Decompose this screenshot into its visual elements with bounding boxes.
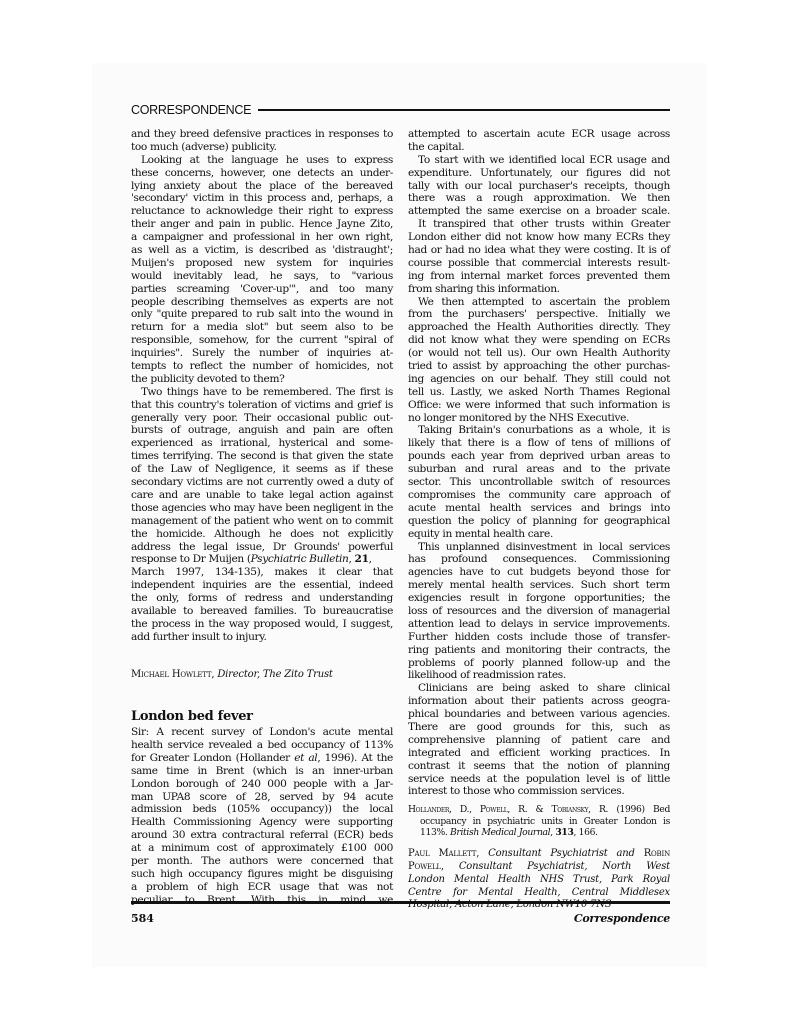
reference-line: occupancy in psychiatric units in Greate… <box>408 816 670 827</box>
text-line: It transpired that other trusts within G… <box>408 218 670 231</box>
text-line: London either did not know how many ECRs… <box>408 231 670 244</box>
text-line: pounds each year from deprived urban are… <box>408 450 670 463</box>
text-line: add further insult to injury. <box>131 631 393 644</box>
text-line: acute mental health services and brings … <box>408 502 670 515</box>
text-line: ing agencies on our behalf. They still c… <box>408 373 670 386</box>
text-line: exigencies result in forgone opportuniti… <box>408 592 670 605</box>
text-line: phical boundaries and between various ag… <box>408 708 670 721</box>
text-line: no longer monitored by the NHS Executive… <box>408 412 670 425</box>
text-line: as well as a victim, is described as 'di… <box>131 244 393 257</box>
text-line: bursts of outrage, anguish and pain are … <box>131 424 393 437</box>
text-line: inquiries". Surely the number of inquiri… <box>131 347 393 360</box>
text-line: loss of resources and the diversion of m… <box>408 605 670 618</box>
text-line: agencies have to cut budgets beyond thos… <box>408 566 670 579</box>
text-line: their anger and pain in public. Hence Ja… <box>131 218 393 231</box>
text-line: tell us. Lastly, we asked North Thames R… <box>408 386 670 399</box>
text-line: integrated and efficient working practic… <box>408 747 670 760</box>
journal-volume: 21 <box>355 553 369 565</box>
text-line: London borough of 240 000 people with a … <box>131 778 393 791</box>
text-line: 'secondary' victim in this process and, … <box>131 192 393 205</box>
text-line: the capital. <box>408 141 670 154</box>
text-line: Muijen's proposed new system for inquiri… <box>131 257 393 270</box>
signature-howlett: Michael Howlett, Director, The Zito Trus… <box>131 669 393 682</box>
text-line: Office: we were informed that such infor… <box>408 399 670 412</box>
text-line: experienced as irrational, hysterical an… <box>131 437 393 450</box>
text-line: approached the Health Authorities direct… <box>408 321 670 334</box>
text-line: likely that there is a flow of tens of m… <box>408 437 670 450</box>
text-line: the publicity devoted to them? <box>131 373 393 386</box>
text-line: interest to those who commission service… <box>408 785 670 798</box>
text-line: same time in Brent (which is an inner-ur… <box>131 765 393 778</box>
reference-line: 113%. British Medical Journal, 313, 166. <box>408 827 670 838</box>
text-line: comprehensive planning of patient care a… <box>408 734 670 747</box>
text-line: had or had no idea what they were costin… <box>408 244 670 257</box>
signature-line: Centre for Mental Health, Central Middle… <box>408 887 670 900</box>
signature-line: Powell, Consultant Psychiatrist, North W… <box>408 861 670 874</box>
footer-section: Correspondence <box>574 912 670 925</box>
reference-entry: Hollander, D., Powell, R. & Tobiansky, R… <box>408 804 670 815</box>
text-line: there was a rough approximation. We then <box>408 192 670 205</box>
text-line: parties screaming 'Cover-up'", and too m… <box>131 283 393 296</box>
text-line: (or would not tell us). Our own Health A… <box>408 347 670 360</box>
text-line: available to bereaved families. To burea… <box>131 605 393 618</box>
text-line: attempted to ascertain acute ECR usage a… <box>408 128 670 141</box>
text-line: ring patients and monitoring their contr… <box>408 644 670 657</box>
text-line: Two things have to be remembered. The fi… <box>131 386 393 399</box>
text-line: responsible, somehow, for the current "s… <box>131 334 393 347</box>
text-line: those agencies who may have been neglige… <box>131 502 393 515</box>
text-line: course possible that commercial interest… <box>408 257 670 270</box>
running-head-label: CORRESPONDENCE <box>131 103 251 117</box>
citation-line: response to Dr Muijen (Psychiatric Bulle… <box>131 553 393 566</box>
text-line: return for a media slot" but seem also t… <box>131 321 393 334</box>
text-line: ing from internal market forces prevente… <box>408 270 670 283</box>
journal-name: Psychiatric Bulletin <box>251 553 349 565</box>
text-line: generally very poor. Their occasional pu… <box>131 412 393 425</box>
text-line: would inevitably lead, he says, to "vari… <box>131 270 393 283</box>
text-line: service needs at the population level is… <box>408 773 670 786</box>
text-line: Looking at the language he uses to expre… <box>131 154 393 167</box>
text-line: only "quite prepared to rub salt into th… <box>131 308 393 321</box>
text-line: merely mental health services. Such shor… <box>408 579 670 592</box>
article-title: London bed fever <box>131 708 393 726</box>
text-line: There are good grounds for this, such as <box>408 721 670 734</box>
text-line: reluctance to acknowledge their right to… <box>131 205 393 218</box>
text-line: too much (adverse) publicity. <box>131 141 393 154</box>
text-line: attention lead to delays in service impr… <box>408 618 670 631</box>
text-line: the process in the way proposed would, I… <box>131 618 393 631</box>
text-line: question the policy of planning for geog… <box>408 515 670 528</box>
text-line: the only, forms of redress and understan… <box>131 592 393 605</box>
footer-rule <box>131 901 670 904</box>
text-line: sector. This uncontrollable switch of re… <box>408 476 670 489</box>
text-line: times terrifying. The second is that giv… <box>131 450 393 463</box>
text-line: To start with we identified local ECR us… <box>408 154 670 167</box>
text-line: compromises the community care approach … <box>408 489 670 502</box>
text-line: likelihood of readmission rates. <box>408 669 670 682</box>
right-column: attempted to ascertain acute ECR usage a… <box>408 128 670 912</box>
text-line: around 30 extra contractural referral (E… <box>131 829 393 842</box>
text-line: problems of poorly planned follow-up and… <box>408 657 670 670</box>
text-line: Health Commissioning Agency were support… <box>131 816 393 829</box>
text-line: from sharing this information. <box>408 283 670 296</box>
page-number: 584 <box>131 912 154 925</box>
signature-line: London Mental Health NHS Trust, Park Roy… <box>408 874 670 887</box>
text-line: address the legal issue, Dr Grounds' pow… <box>131 541 393 554</box>
text-line: the homicide. Although he does not expli… <box>131 528 393 541</box>
text-line: secondary victims are not currently owed… <box>131 476 393 489</box>
text-line: from the purchasers' perspective. Initia… <box>408 308 670 321</box>
text-line: care and are unable to take legal action… <box>131 489 393 502</box>
text-line: per month. The authors were concerned th… <box>131 855 393 868</box>
text-line: man UPA8 score of 28, served by 94 acute <box>131 791 393 804</box>
text-line: such high occupancy figures might be dis… <box>131 868 393 881</box>
text-line: March 1997, 134-135), makes it clear tha… <box>131 566 393 579</box>
text-line: at a minimum cost of approximately £100 … <box>131 842 393 855</box>
text-line: tried to assist by approaching the other… <box>408 360 670 373</box>
text-line: that this country's toleration of victim… <box>131 399 393 412</box>
running-head: CORRESPONDENCE <box>131 102 670 118</box>
text-line: Taking Britain's conurbations as a whole… <box>408 424 670 437</box>
text-line: lying anxiety about the place of the ber… <box>131 180 393 193</box>
text-line: has profound consequences. Commissioning <box>408 553 670 566</box>
left-column: and they breed defensive practices in re… <box>131 128 393 907</box>
text-line: a problem of high ECR usage that was not <box>131 881 393 894</box>
text-line: information about their patients across … <box>408 695 670 708</box>
text-line: these concerns, however, one detects an … <box>131 167 393 180</box>
text-line: Sir: A recent survey of London's acute m… <box>131 726 393 739</box>
text-line: equity in mental health care. <box>408 528 670 541</box>
text-line: attempted the same exercise on a broader… <box>408 205 670 218</box>
text-line: management of the patient who went on to… <box>131 515 393 528</box>
text-line: independent inquiries are the essential,… <box>131 579 393 592</box>
text-line: Further hidden costs include those of tr… <box>408 631 670 644</box>
text-line: did not know what they were spending on … <box>408 334 670 347</box>
text-line: This unplanned disinvestment in local se… <box>408 541 670 554</box>
text-line: suburban and rural areas and to the priv… <box>408 463 670 476</box>
text-line: contrast it seems that the notion of pla… <box>408 760 670 773</box>
text-line: people describing themselves as experts … <box>131 296 393 309</box>
text-line: health service revealed a bed occupancy … <box>131 739 393 752</box>
text-line: admission beds (105% occupancy)) the loc… <box>131 803 393 816</box>
text-line: a campaigner and professional in her own… <box>131 231 393 244</box>
running-head-rule <box>258 109 670 112</box>
text-line: Clinicians are being asked to share clin… <box>408 682 670 695</box>
text-line: for Greater London (Hollander et al, 199… <box>131 752 393 765</box>
signature-authors: Paul Mallett, Consultant Psychiatrist an… <box>408 848 670 861</box>
text-line: tempts to reflect the number of homicide… <box>131 360 393 373</box>
text-line: of the Law of Negligence, it seems as if… <box>131 463 393 476</box>
text-line: We then attempted to ascertain the probl… <box>408 296 670 309</box>
text-line: tally with our local purchaser's receipt… <box>408 180 670 193</box>
text-line: and they breed defensive practices in re… <box>131 128 393 141</box>
text-line: expenditure. Unfortunately, our figures … <box>408 167 670 180</box>
